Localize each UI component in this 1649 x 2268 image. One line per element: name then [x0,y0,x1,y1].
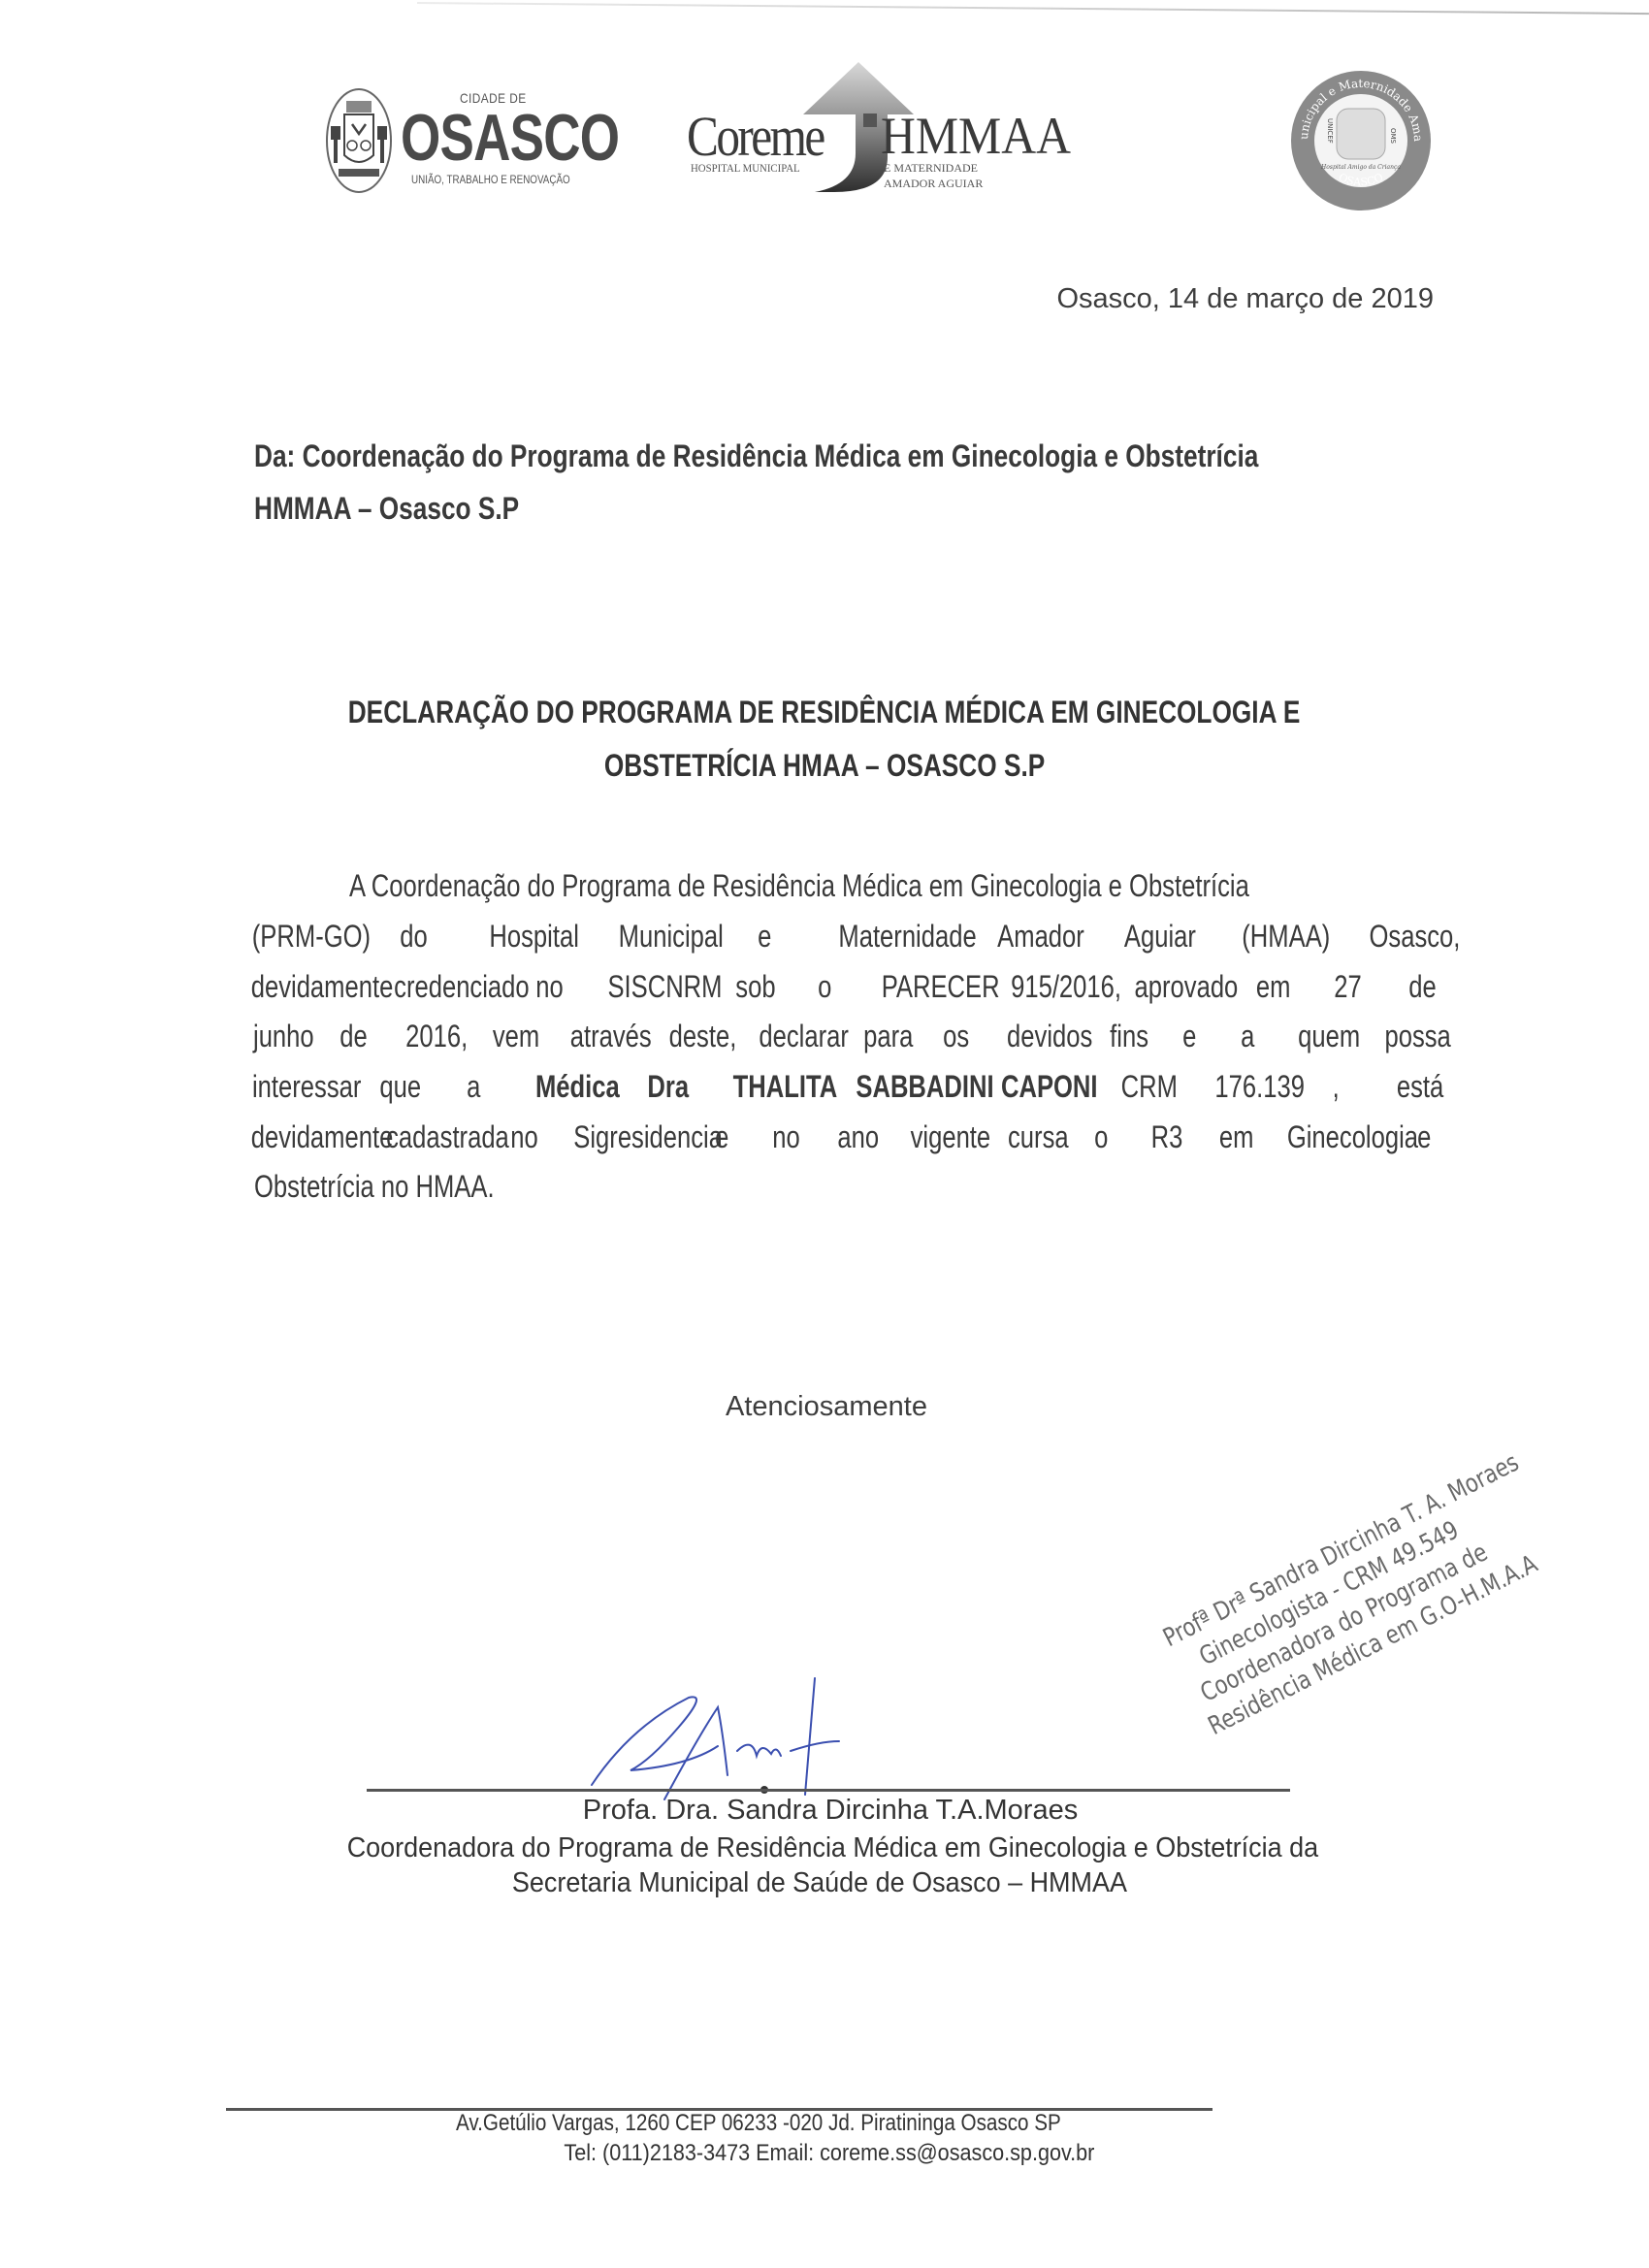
body-word: interessar [252,1069,322,1105]
body-word: em [1219,1119,1242,1155]
body-word: deste, [668,1019,712,1054]
body-line: junhode2016,vematravésdeste,declararpara… [254,1019,1426,1054]
body-word: SISCNRM [608,969,682,1005]
body-word: Maternidade [838,919,926,955]
body-word: Amador [997,919,1052,955]
footer-address: Av.Getúlio Vargas, 1260 CEP 06233 -020 J… [456,2110,1061,2137]
body-word: Hospital [490,919,547,955]
body-word: a [467,1069,475,1105]
signature-line [367,1789,1290,1792]
body-word: devidos [1008,1019,1062,1054]
body-word: (HMAA) [1242,919,1298,955]
body-word: , [1332,1069,1337,1105]
body-word: SABBADINI [856,1069,944,1105]
body-line: devidamentecredenciadonoSISCNRMsoboPAREC… [254,969,1426,1005]
body-word: para [863,1019,895,1054]
body-word: está [1397,1069,1427,1105]
hmmaa-logo-subtitle-1: E MATERNIDADE [884,161,978,176]
body-line: A Coordenação do Programa de Residência … [254,868,1426,904]
body-word: Dra [648,1069,674,1105]
body-word: os [943,1019,959,1054]
body-word: 915/2016, [1011,969,1082,1005]
scan-artifact-line [417,2,1649,15]
body-word: ano [837,1119,863,1155]
body-word: 176.139 [1215,1069,1273,1105]
body-word: o [1094,1119,1103,1155]
seal-unicef-text: UNICEF [1326,118,1334,144]
body-word: Aguiar [1124,919,1170,955]
body-word: R3 [1151,1119,1172,1155]
declaration-title-line-1: DECLARAÇÃO DO PROGRAMA DE RESIDÊNCIA MÉD… [0,695,1649,730]
body-word: cursa [1008,1119,1047,1155]
signatory-name: Profa. Dra. Sandra Dircinha T.A.Moraes [0,1795,1649,1827]
signatory-department: Secretaria Municipal de Saúde de Osasco … [0,1867,1639,1899]
body-word: 2016, [405,1019,445,1054]
body-word: de [339,1019,357,1054]
body-word: (PRM-GO) [252,919,328,955]
body-word: através [570,1019,623,1054]
body-word: Osasco, [1370,919,1428,955]
body-word: credenciado [395,969,481,1005]
body-word: e [1417,1119,1426,1155]
osasco-logo-name: OSASCO [401,105,619,171]
body-word: no [510,1119,528,1155]
hospital-seal-icon: Hospital Municipal e Maternidade Amador … [1288,68,1434,213]
signatory-role: Coordenadora do Programa de Residência M… [0,1832,1649,1864]
body-line: interessarqueaMédicaDraTHALITASABBADINIC… [254,1069,1426,1105]
body-word: sob [736,969,761,1005]
body-word: fins [1110,1019,1134,1054]
hmmaa-logo-word: HMMAA [881,109,1071,163]
osasco-logo-motto: UNIÃO, TRABALHO E RENOVAÇÃO [411,173,570,186]
sender-line-1: Da: Coordenação do Programa de Residênci… [254,438,1258,474]
body-word: PARECER [882,969,957,1005]
body-word: vem [493,1019,523,1054]
body-word: devidamente [251,1119,342,1155]
body-word: CRM [1120,1069,1156,1105]
footer-contact: Tel: (011)2183-3473 Email: coreme.ss@osa… [0,2140,1649,2167]
body-word: declarar [759,1019,816,1054]
body-word: no [535,969,553,1005]
declaration-title-line-2: OBSTETRÍCIA HMAA – OSASCO S.P [0,748,1649,784]
letter-date: Osasco, 14 de março de 2019 [1056,283,1434,315]
body-word: Sigresidencia [574,1119,669,1155]
body-word: 27 [1335,969,1352,1005]
coat-of-arms-icon [325,87,393,194]
body-word: CAPONI [1001,1069,1063,1105]
body-word: Ginecologia [1287,1119,1372,1155]
body-word: Municipal [618,919,685,955]
hmmaa-logo-subtitle-2: AMADOR AGUIAR [884,177,983,191]
body-word: e [715,1119,724,1155]
body-word: THALITA [732,1069,799,1105]
closing-salutation: Atenciosamente [726,1391,927,1423]
body-word: possa [1385,1019,1428,1054]
coreme-logo-word: Coreme [687,109,824,165]
seal-caption: Hospital Amigo da Criança [1320,164,1401,171]
body-word: e [758,919,766,955]
official-stamp: Profª Drª Sandra Dircinha T. A. Moraes G… [1125,1457,1548,1760]
body-word: devidamente [251,969,342,1005]
sender-line-2: HMMAA – Osasco S.P [254,491,519,527]
body-word: no [772,1119,790,1155]
body-word: a [1241,1019,1249,1054]
coreme-logo-subtitle: HOSPITAL MUNICIPAL [691,161,800,176]
body-word: junho [253,1019,292,1054]
body-word: Médica [534,1069,589,1105]
body-word: aprovado [1135,969,1201,1005]
body-line: devidamentecadastradanoSigresidenciaenoa… [254,1119,1426,1155]
body-word: quem [1298,1019,1338,1054]
body-word: de [1408,969,1426,1005]
body-line: (PRM-GO)doHospitalMunicipaleMaternidadeA… [254,919,1426,955]
body-word: e [1182,1019,1191,1054]
body-word: cadastrada [386,1119,465,1155]
body-word: o [818,969,826,1005]
handwritten-signature [572,1659,1057,1804]
seal-oms-text: OMS [1389,128,1397,145]
body-line: Obstetrícia no HMAA. [254,1169,1426,1205]
body-word: em [1256,969,1278,1005]
body-word: do [400,919,417,955]
body-word: que [380,1069,406,1105]
body-word: vigente [911,1119,962,1155]
